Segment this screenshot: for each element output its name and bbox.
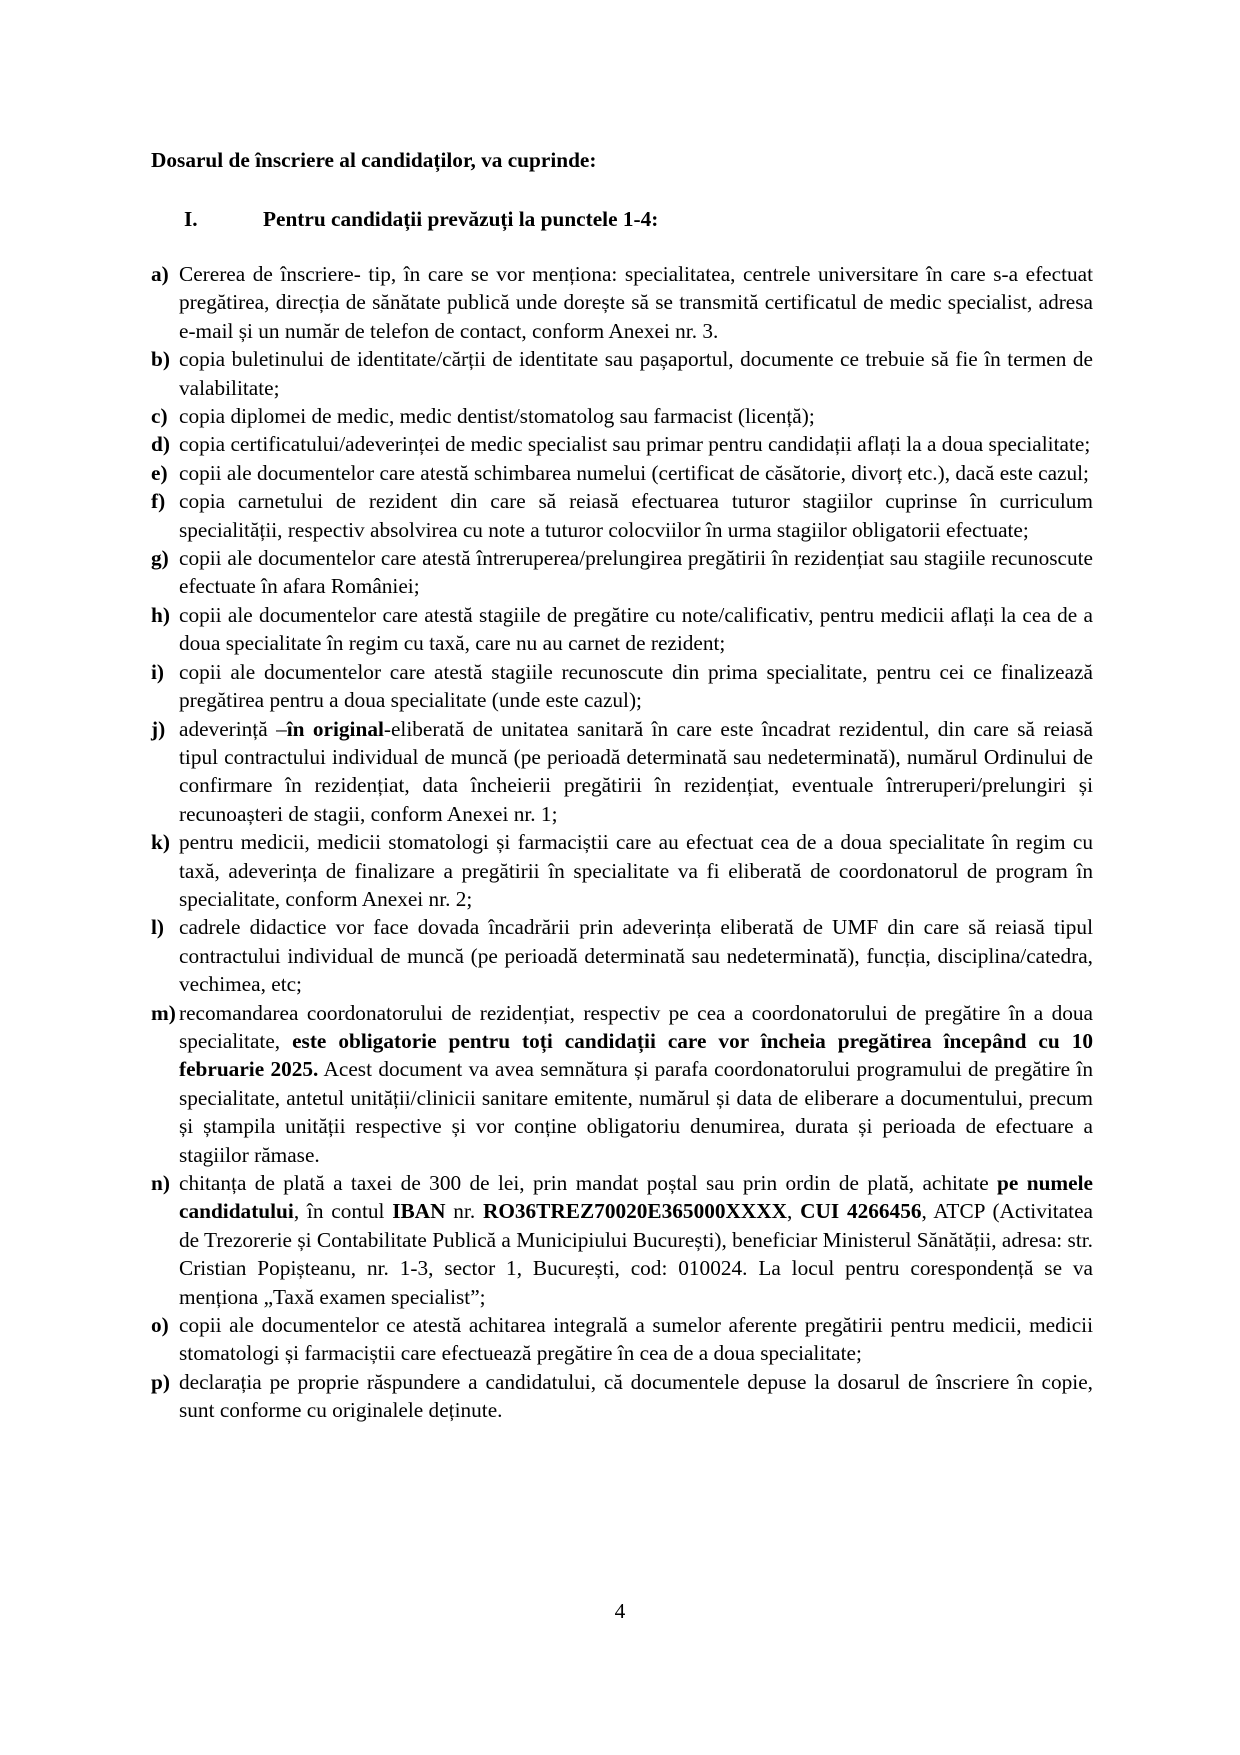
list-item-letter: n) bbox=[151, 1169, 179, 1197]
body-text: copii ale documentelor ce atestă achitar… bbox=[179, 1313, 1093, 1365]
list-item-letter: i) bbox=[151, 658, 179, 686]
list-item-text: Cererea de înscriere- tip, în care se vo… bbox=[179, 260, 1093, 345]
requirements-list: a)Cererea de înscriere- tip, în care se … bbox=[151, 260, 1093, 1425]
list-item-letter: j) bbox=[151, 715, 179, 743]
list-item: m)recomandarea coordonatorului de rezide… bbox=[151, 999, 1093, 1169]
list-item: p)declarația pe proprie răspundere a can… bbox=[151, 1368, 1093, 1425]
body-text: copii ale documentelor care atestă stagi… bbox=[179, 603, 1093, 655]
body-text: pentru medicii, medicii stomatologi și f… bbox=[179, 830, 1093, 911]
list-item: k)pentru medicii, medicii stomatologi și… bbox=[151, 828, 1093, 913]
list-item-text: cadrele didactice vor face dovada încadr… bbox=[179, 913, 1093, 998]
list-item: o)copii ale documentelor ce atestă achit… bbox=[151, 1311, 1093, 1368]
list-item-text: copia carnetului de rezident din care să… bbox=[179, 487, 1093, 544]
body-text: copii ale documentelor care atestă între… bbox=[179, 546, 1093, 598]
body-text: , bbox=[787, 1199, 800, 1223]
list-item-letter: m) bbox=[151, 999, 179, 1027]
list-item-letter: p) bbox=[151, 1368, 179, 1396]
list-item-letter: o) bbox=[151, 1311, 179, 1339]
body-text: copia buletinului de identitate/cărții d… bbox=[179, 347, 1093, 399]
list-item-text: copia certificatului/adeverinței de medi… bbox=[179, 430, 1093, 458]
body-text: adeverință – bbox=[179, 717, 287, 741]
list-item-letter: g) bbox=[151, 544, 179, 572]
list-item: c)copia diplomei de medic, medic dentist… bbox=[151, 402, 1093, 430]
list-item-text: copii ale documentelor care atestă stagi… bbox=[179, 658, 1093, 715]
list-item-letter: l) bbox=[151, 913, 179, 941]
list-item-letter: b) bbox=[151, 345, 179, 373]
list-item-letter: c) bbox=[151, 402, 179, 430]
body-text: nr. bbox=[446, 1199, 483, 1223]
list-item-text: copia buletinului de identitate/cărții d… bbox=[179, 345, 1093, 402]
body-text: copia carnetului de rezident din care să… bbox=[179, 489, 1093, 541]
list-item: b)copia buletinului de identitate/cărții… bbox=[151, 345, 1093, 402]
list-item-text: copia diplomei de medic, medic dentist/s… bbox=[179, 402, 1093, 430]
emphasis-text: în original bbox=[287, 717, 384, 741]
emphasis-text: RO36TREZ70020E365000XXXX bbox=[483, 1199, 787, 1223]
list-item: a)Cererea de înscriere- tip, în care se … bbox=[151, 260, 1093, 345]
emphasis-text: CUI 4266456 bbox=[800, 1199, 921, 1223]
emphasis-text: IBAN bbox=[392, 1199, 445, 1223]
list-item-text: copii ale documentelor care atestă între… bbox=[179, 544, 1093, 601]
list-item-text: declarația pe proprie răspundere a candi… bbox=[179, 1368, 1093, 1425]
section-title: Pentru candidații prevăzuți la punctele … bbox=[263, 207, 658, 231]
list-item-letter: e) bbox=[151, 459, 179, 487]
list-item-letter: k) bbox=[151, 828, 179, 856]
page-number: 4 bbox=[0, 1597, 1240, 1625]
list-item-letter: f) bbox=[151, 487, 179, 515]
list-item-text: pentru medicii, medicii stomatologi și f… bbox=[179, 828, 1093, 913]
body-text: cadrele didactice vor face dovada încadr… bbox=[179, 915, 1093, 996]
body-text: declarația pe proprie răspundere a candi… bbox=[179, 1370, 1093, 1422]
list-item-letter: a) bbox=[151, 260, 179, 288]
list-item-text: copii ale documentelor care atestă stagi… bbox=[179, 601, 1093, 658]
list-item: j)adeverință –în original-eliberată de u… bbox=[151, 715, 1093, 829]
body-text: Cererea de înscriere- tip, în care se vo… bbox=[179, 262, 1093, 343]
body-text: copii ale documentelor care atestă schim… bbox=[179, 461, 1089, 485]
page-heading: Dosarul de înscriere al candidaților, va… bbox=[151, 146, 596, 174]
body-text: chitanța de plată a taxei de 300 de lei,… bbox=[179, 1171, 997, 1195]
list-item-text: copii ale documentelor care atestă schim… bbox=[179, 459, 1093, 487]
list-item: g)copii ale documentelor care atestă înt… bbox=[151, 544, 1093, 601]
list-item: l)cadrele didactice vor face dovada înca… bbox=[151, 913, 1093, 998]
list-item: f)copia carnetului de rezident din care … bbox=[151, 487, 1093, 544]
list-item-letter: h) bbox=[151, 601, 179, 629]
list-item-letter: d) bbox=[151, 430, 179, 458]
body-text: copii ale documentelor care atestă stagi… bbox=[179, 660, 1093, 712]
list-item: e)copii ale documentelor care atestă sch… bbox=[151, 459, 1093, 487]
body-text: copia diplomei de medic, medic dentist/s… bbox=[179, 404, 815, 428]
list-item-text: chitanța de plată a taxei de 300 de lei,… bbox=[179, 1169, 1093, 1311]
list-item: h)copii ale documentelor care atestă sta… bbox=[151, 601, 1093, 658]
body-text: , în contul bbox=[294, 1199, 392, 1223]
list-item: n)chitanța de plată a taxei de 300 de le… bbox=[151, 1169, 1093, 1311]
document-page: Dosarul de înscriere al candidaților, va… bbox=[0, 0, 1240, 1755]
list-item-text: copii ale documentelor ce atestă achitar… bbox=[179, 1311, 1093, 1368]
body-text: copia certificatului/adeverinței de medi… bbox=[179, 432, 1090, 456]
list-item: d)copia certificatului/adeverinței de me… bbox=[151, 430, 1093, 458]
list-item-text: recomandarea coordonatorului de rezidenț… bbox=[179, 999, 1093, 1169]
list-item: i)copii ale documentelor care atestă sta… bbox=[151, 658, 1093, 715]
section-number: I. bbox=[184, 205, 263, 233]
section-heading: I.Pentru candidații prevăzuți la punctel… bbox=[184, 205, 658, 233]
list-item-text: adeverință –în original-eliberată de uni… bbox=[179, 715, 1093, 829]
